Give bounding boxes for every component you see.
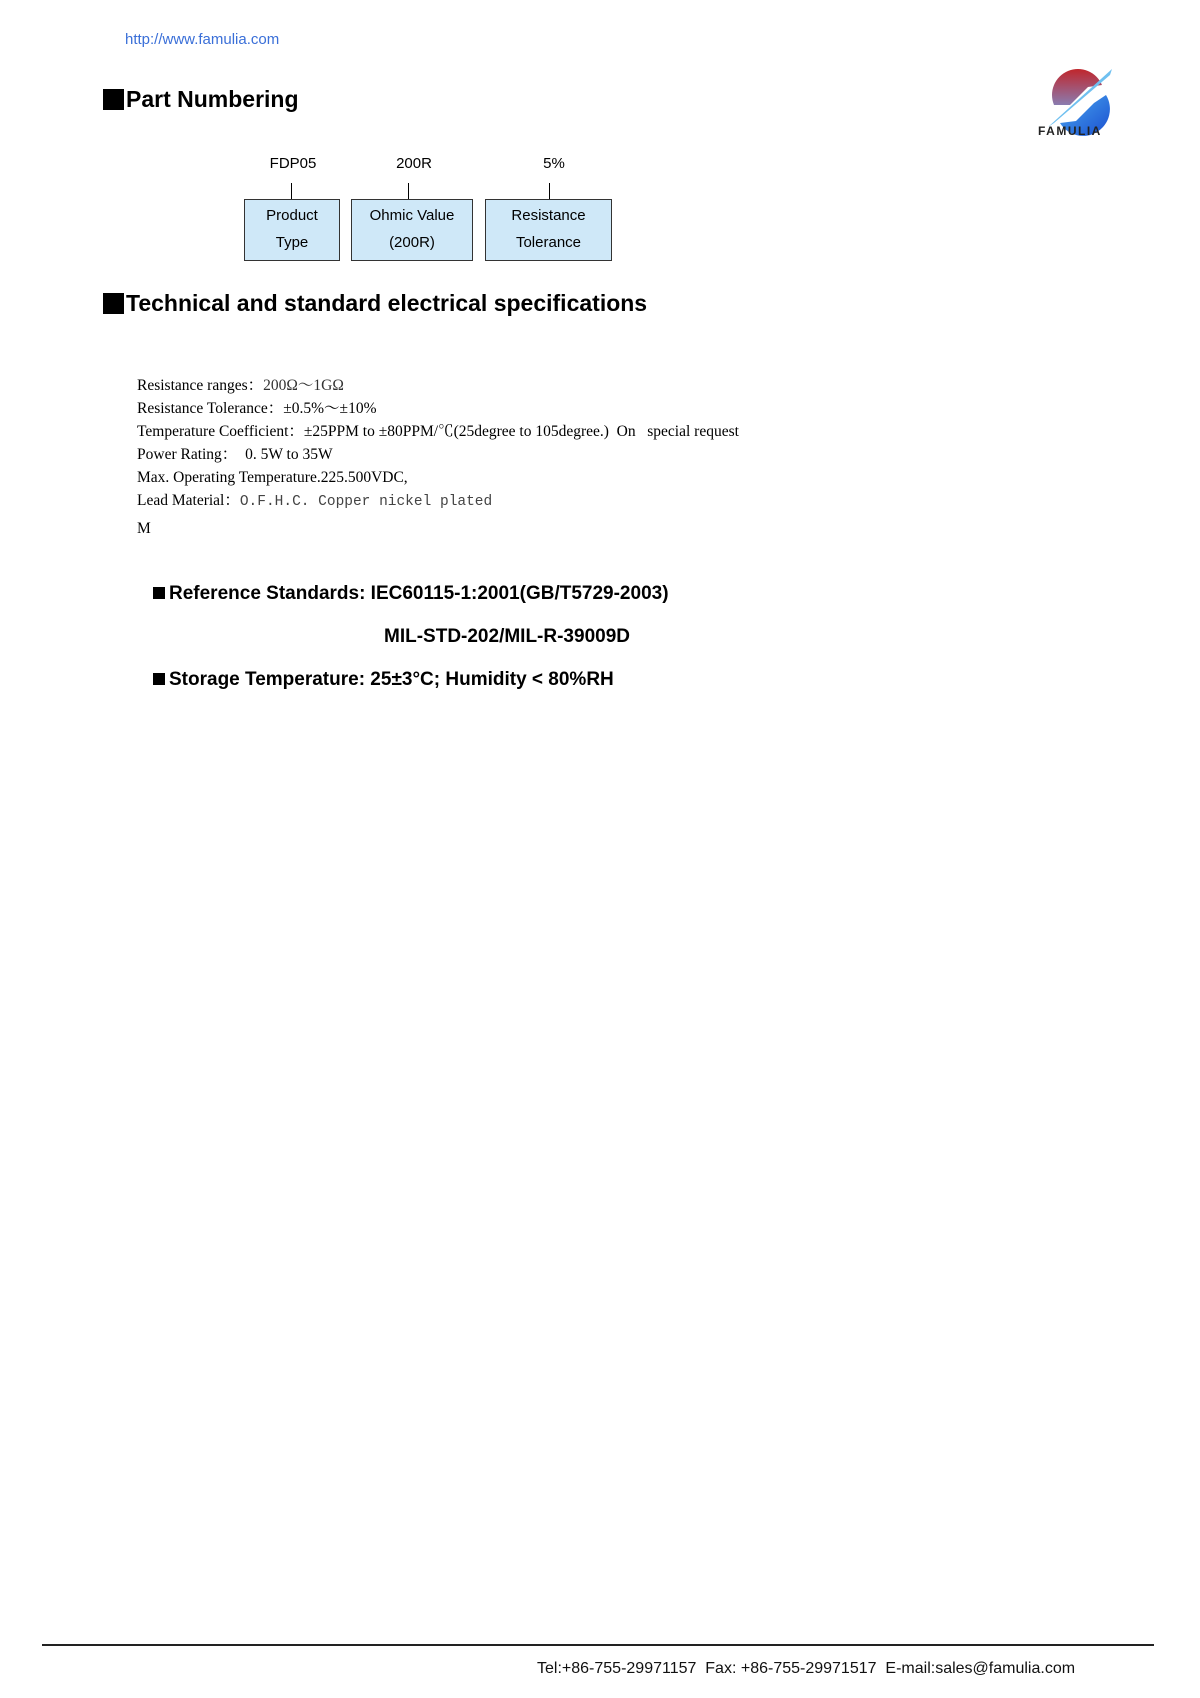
footer-contact: Tel:+86-755-29971157 Fax: +86-755-299715… — [537, 1660, 1075, 1678]
heading-square-icon — [103, 89, 124, 110]
segment-code-product: FDP05 — [233, 155, 353, 172]
spec-line: M — [137, 517, 739, 540]
segment-label: Ohmic Value — [352, 202, 472, 229]
logo-text: FAMULIA — [1038, 124, 1102, 138]
spec-line: Temperature Coefficient：±25PPM to ±80PPM… — [137, 420, 739, 443]
connector-line — [291, 183, 292, 199]
segment-label: (200R) — [352, 229, 472, 256]
spec-line: Max. Operating Temperature.225.500VDC, — [137, 466, 739, 489]
footer-divider — [42, 1644, 1154, 1646]
spec-line: Resistance Tolerance：±0.5%～±10% — [137, 397, 739, 420]
segment-box-product-type: Product Type — [244, 199, 340, 261]
segment-code-ohmic: 200R — [354, 155, 474, 172]
reference-standards-line2: MIL-STD-202/MIL-R-39009D — [384, 626, 630, 648]
segment-box-resistance-tolerance: Resistance Tolerance — [485, 199, 612, 261]
reference-standards: Reference Standards: IEC60115-1:2001(GB/… — [153, 583, 669, 605]
connector-line — [408, 183, 409, 199]
segment-label: Product — [245, 202, 339, 229]
segment-label: Resistance — [486, 202, 611, 229]
segment-box-ohmic-value: Ohmic Value (200R) — [351, 199, 473, 261]
segment-code-tolerance: 5% — [494, 155, 614, 172]
storage-temperature: Storage Temperature: 25±3°C; Humidity < … — [153, 669, 614, 691]
heading-text: Technical and standard electrical specif… — [126, 290, 647, 317]
website-link[interactable]: http://www.famulia.com — [125, 31, 279, 48]
segment-label: Type — [245, 229, 339, 256]
spec-line: Power Rating： 0. 5W to 35W — [137, 443, 739, 466]
segment-label: Tolerance — [486, 229, 611, 256]
spec-line: Lead Material：O.F.H.C. Copper nickel pla… — [137, 489, 739, 514]
bullet-square-icon — [153, 587, 165, 599]
part-numbering-heading: Part Numbering — [103, 86, 299, 113]
spec-list: Resistance ranges：200Ω～1GΩ Resistance To… — [137, 374, 739, 540]
specs-heading: Technical and standard electrical specif… — [103, 290, 647, 317]
heading-text: Part Numbering — [126, 86, 299, 113]
bullet-square-icon — [153, 673, 165, 685]
heading-square-icon — [103, 293, 124, 314]
connector-line — [549, 183, 550, 199]
spec-line: Resistance ranges：200Ω～1GΩ — [137, 374, 739, 397]
